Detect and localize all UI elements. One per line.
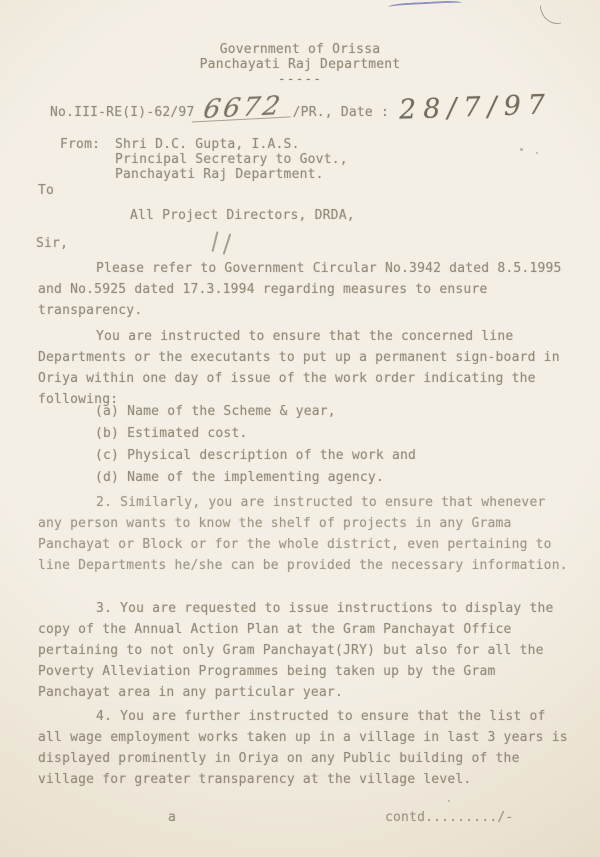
header-divider: -----	[0, 72, 600, 87]
to-label: To	[38, 183, 54, 198]
from-block: From: Shri D.C. Gupta, I.A.S. Principal …	[60, 137, 348, 182]
list-item-d: (d) Name of the implementing agency.	[95, 467, 416, 489]
handwritten-dispatch-number: 6672	[192, 94, 295, 122]
continuation-mark: contd........./-	[385, 810, 513, 825]
ink-speck	[536, 152, 538, 154]
salutation: Sir,	[36, 236, 68, 251]
reference-line: No.III-RE(I)-62/97 6672 /PR., Date : 28/…	[50, 96, 552, 120]
paragraph-3: 2. Similarly, you are instructed to ensu…	[38, 492, 572, 576]
ink-speck	[448, 800, 450, 802]
paragraph-2: You are instructed to ensure that the co…	[38, 326, 572, 410]
paragraph-1: Please refer to Government Circular No.3…	[38, 258, 572, 321]
list-item-b: (b) Estimated cost.	[95, 423, 416, 445]
paragraph-4: 3. You are requested to issue instructio…	[38, 598, 572, 703]
sender-name: Shri D.C. Gupta, I.A.S.	[115, 137, 348, 152]
reference-number-suffix: /PR., Date :	[293, 105, 389, 120]
letterhead: Government of Orissa Panchayati Raj Depa…	[0, 42, 600, 87]
list-item-a: (a) Name of the Scheme & year,	[95, 401, 416, 423]
sender-designation: Principal Secretary to Govt.,	[115, 152, 348, 167]
department-title: Panchayati Raj Department	[0, 57, 600, 72]
government-title: Government of Orissa	[0, 42, 600, 57]
ink-speck	[520, 148, 523, 151]
paragraph-5: 4. You are further instructed to ensure …	[38, 706, 572, 790]
handwritten-date: 28/7/97	[399, 93, 553, 122]
recipient: All Project Directors, DRDA,	[130, 208, 355, 223]
list-item-c: (c) Physical description of the work and	[95, 445, 416, 467]
from-label: From:	[60, 137, 115, 182]
footer-page-mark: a	[168, 810, 176, 825]
sender-department: Panchayati Raj Department.	[115, 167, 348, 182]
sender-details: Shri D.C. Gupta, I.A.S. Principal Secret…	[115, 137, 348, 182]
requirements-list: (a) Name of the Scheme & year, (b) Estim…	[95, 401, 416, 489]
reference-number-prefix: No.III-RE(I)-62/97	[50, 105, 194, 120]
